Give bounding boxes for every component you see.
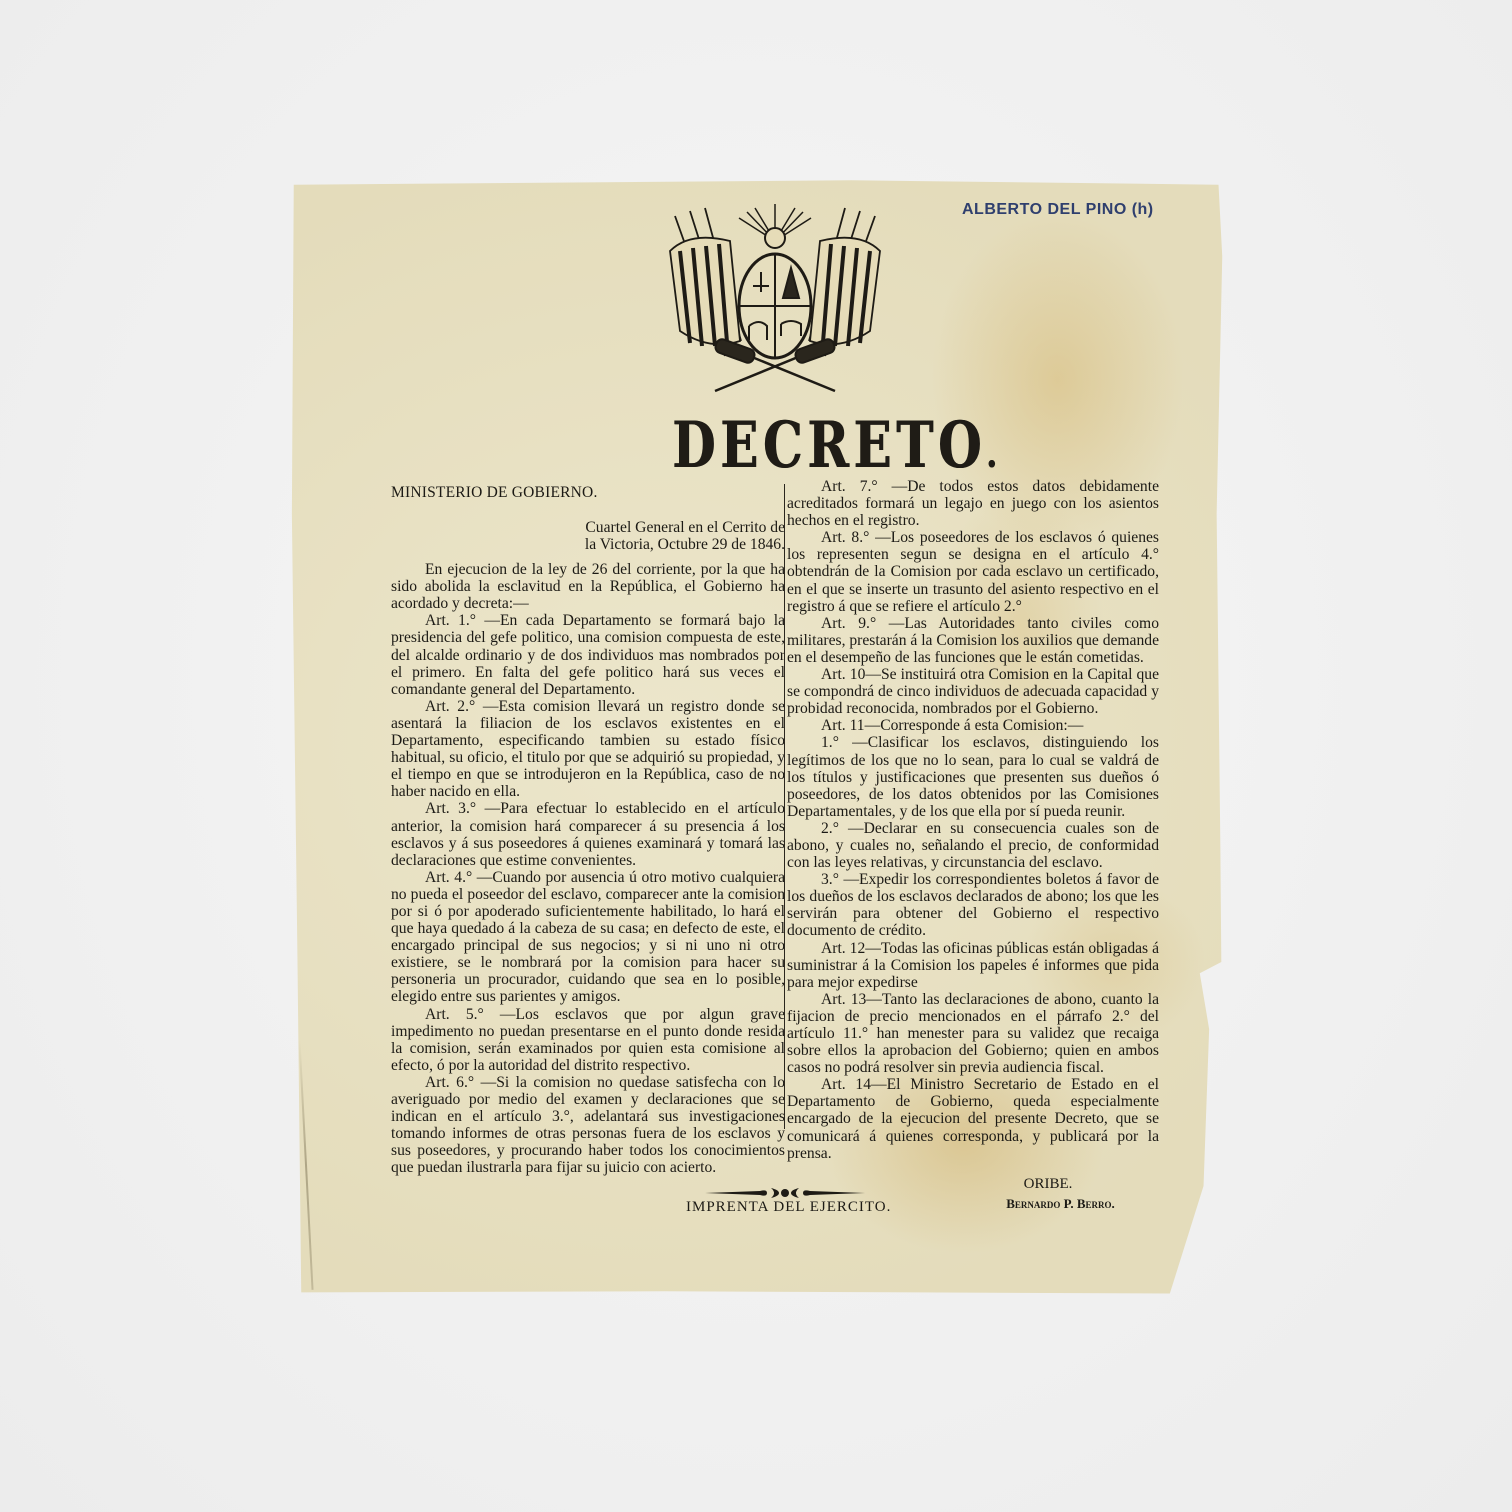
ministry-heading: MINISTERIO DE GOBIERNO. [391,484,785,501]
article-3: Art. 3.° —Para efectuar lo establecido e… [391,800,785,868]
article-9: Art. 9.° —Las Autoridades tanto civiles … [787,615,1159,666]
uruguay-coat-of-arms-icon [655,196,895,396]
right-column: Art. 7.° —De todos estos datos debidamen… [787,478,1159,1212]
article-5: Art. 5.° —Los esclavos que por algun gra… [391,1006,785,1074]
left-column: MINISTERIO DE GOBIERNO. Cuartel General … [391,478,785,1176]
article-12: Art. 12—Todas las oficinas públicas está… [787,940,1159,991]
column-divider [784,484,785,1129]
article-11-item-3: 3.° —Expedir los correspondientes boleto… [787,871,1159,939]
article-14: Art. 14—El Ministro Secretario de Estado… [787,1076,1159,1161]
article-7: Art. 7.° —De todos estos datos debidamen… [787,478,1159,529]
article-11-item-1: 1.° —Clasificar los esclavos, distinguie… [787,734,1159,819]
decree-title: DECRETO. [672,408,875,483]
dateline: Cuartel General en el Cerrito dela Victo… [391,519,785,553]
article-11-item-2: 2.° —Declarar en su consecuencia cuales … [787,820,1159,871]
article-2: Art. 2.° —Esta comision llevará un regis… [391,698,785,801]
article-13: Art. 13—Tanto las declaraciones de abono… [787,991,1159,1076]
printer-imprint: IMPRENTA DEL EJERCITO. [686,1199,891,1216]
article-11: Art. 11—Corresponde á esta Comision:— [787,717,1159,734]
article-1: Art. 1.° —En cada Departamento se formar… [391,612,785,697]
article-6: Art. 6.° —Si la comision no quedase sati… [391,1074,785,1177]
preamble: En ejecucion de la ley de 26 del corrien… [391,561,785,612]
collector-stamp: ALBERTO DEL PINO (h) [962,201,1154,219]
article-10: Art. 10—Se instituirá otra Comision en l… [787,666,1159,717]
article-4: Art. 4.° —Cuando por ausencia ú otro mot… [391,869,785,1006]
article-8: Art. 8.° —Los poseedores de los esclavos… [787,529,1159,614]
